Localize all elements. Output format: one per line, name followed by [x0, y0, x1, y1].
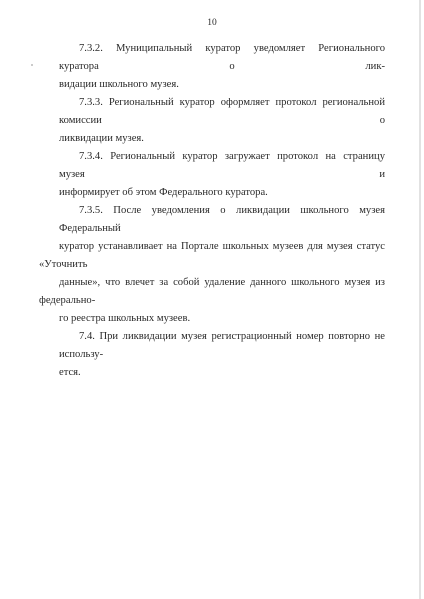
paragraph-7-3-2: 7.3.2. Муниципальный куратор уведомляет …	[39, 40, 385, 94]
paragraph-line: 7.3.3. Региональный куратор оформляет пр…	[39, 94, 385, 130]
paragraph-line: информирует об этом Федерального куратор…	[39, 184, 385, 202]
scan-speck	[31, 64, 33, 66]
paragraph-line: 7.3.4. Региональный куратор загружает пр…	[39, 148, 385, 184]
paragraph-line: видации школьного музея.	[39, 76, 385, 94]
document-body: 7.3.2. Муниципальный куратор уведомляет …	[39, 40, 385, 382]
paragraph-line: ликвидации музея.	[39, 130, 385, 148]
paragraph-7-3-4: 7.3.4. Региональный куратор загружает пр…	[39, 148, 385, 202]
paragraph-line: ется.	[39, 364, 385, 382]
page-edge	[419, 0, 421, 599]
paragraph-line: го реестра школьных музеев.	[39, 310, 385, 328]
paragraph-7-3-3: 7.3.3. Региональный куратор оформляет пр…	[39, 94, 385, 148]
paragraph-line: 7.3.2. Муниципальный куратор уведомляет …	[39, 40, 385, 76]
paragraph-line: 7.4. При ликвидации музея регистрационны…	[39, 328, 385, 364]
paragraph-line: данные», что влечет за собой удаление да…	[39, 274, 385, 310]
paragraph-line: 7.3.5. После уведомления о ликвидации шк…	[39, 202, 385, 238]
paragraph-7-3-5: 7.3.5. После уведомления о ликвидации шк…	[39, 202, 385, 328]
paragraph-line: куратор устанавливает на Портале школьны…	[39, 238, 385, 274]
page-number: 10	[0, 18, 424, 28]
paragraph-7-4: 7.4. При ликвидации музея регистрационны…	[39, 328, 385, 382]
